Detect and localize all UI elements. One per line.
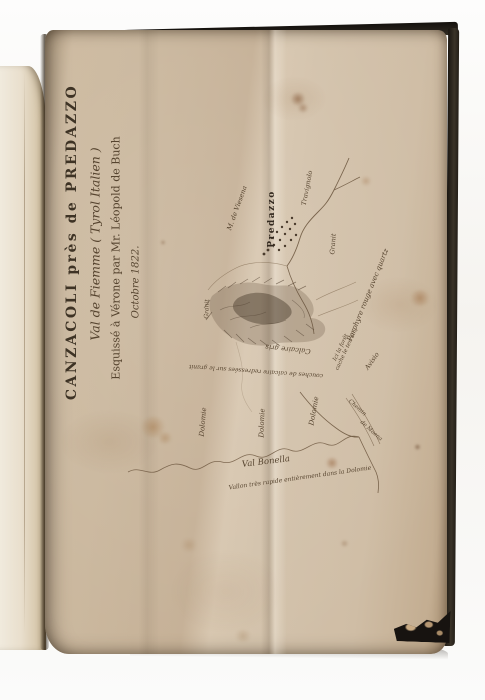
paper-aging <box>45 30 447 654</box>
stain <box>297 103 309 113</box>
plate-title-line1: CANZACOLI près de PREDAZZO <box>64 84 80 400</box>
foldout-map-page <box>45 30 447 654</box>
stain <box>233 630 253 642</box>
stain <box>157 432 173 444</box>
stain <box>360 176 372 186</box>
stain <box>414 444 421 450</box>
plate-title-line2: Val de Fiemme ( Tyrol Italien ) <box>88 147 103 340</box>
map-label-granit-nord: Granit <box>328 233 337 255</box>
map-label-predazzo: Predazzo <box>267 190 277 248</box>
plate-title-line3: Esquissé à Vérone par Mr. Léopold de Buc… <box>110 136 123 379</box>
plate-title-line4: Octobre 1822. <box>131 246 142 319</box>
map-label-dolomie-2: Dolomie <box>257 408 266 438</box>
stain <box>340 540 349 547</box>
stain <box>180 538 198 552</box>
leaf-crease <box>24 72 25 633</box>
stain <box>409 290 431 306</box>
stain <box>325 457 339 469</box>
stain <box>160 240 166 245</box>
book-photo: CANZACOLI près de PREDAZZO Val de Fiemme… <box>0 0 485 700</box>
map-label-granit-ouest: Granit <box>203 299 211 319</box>
